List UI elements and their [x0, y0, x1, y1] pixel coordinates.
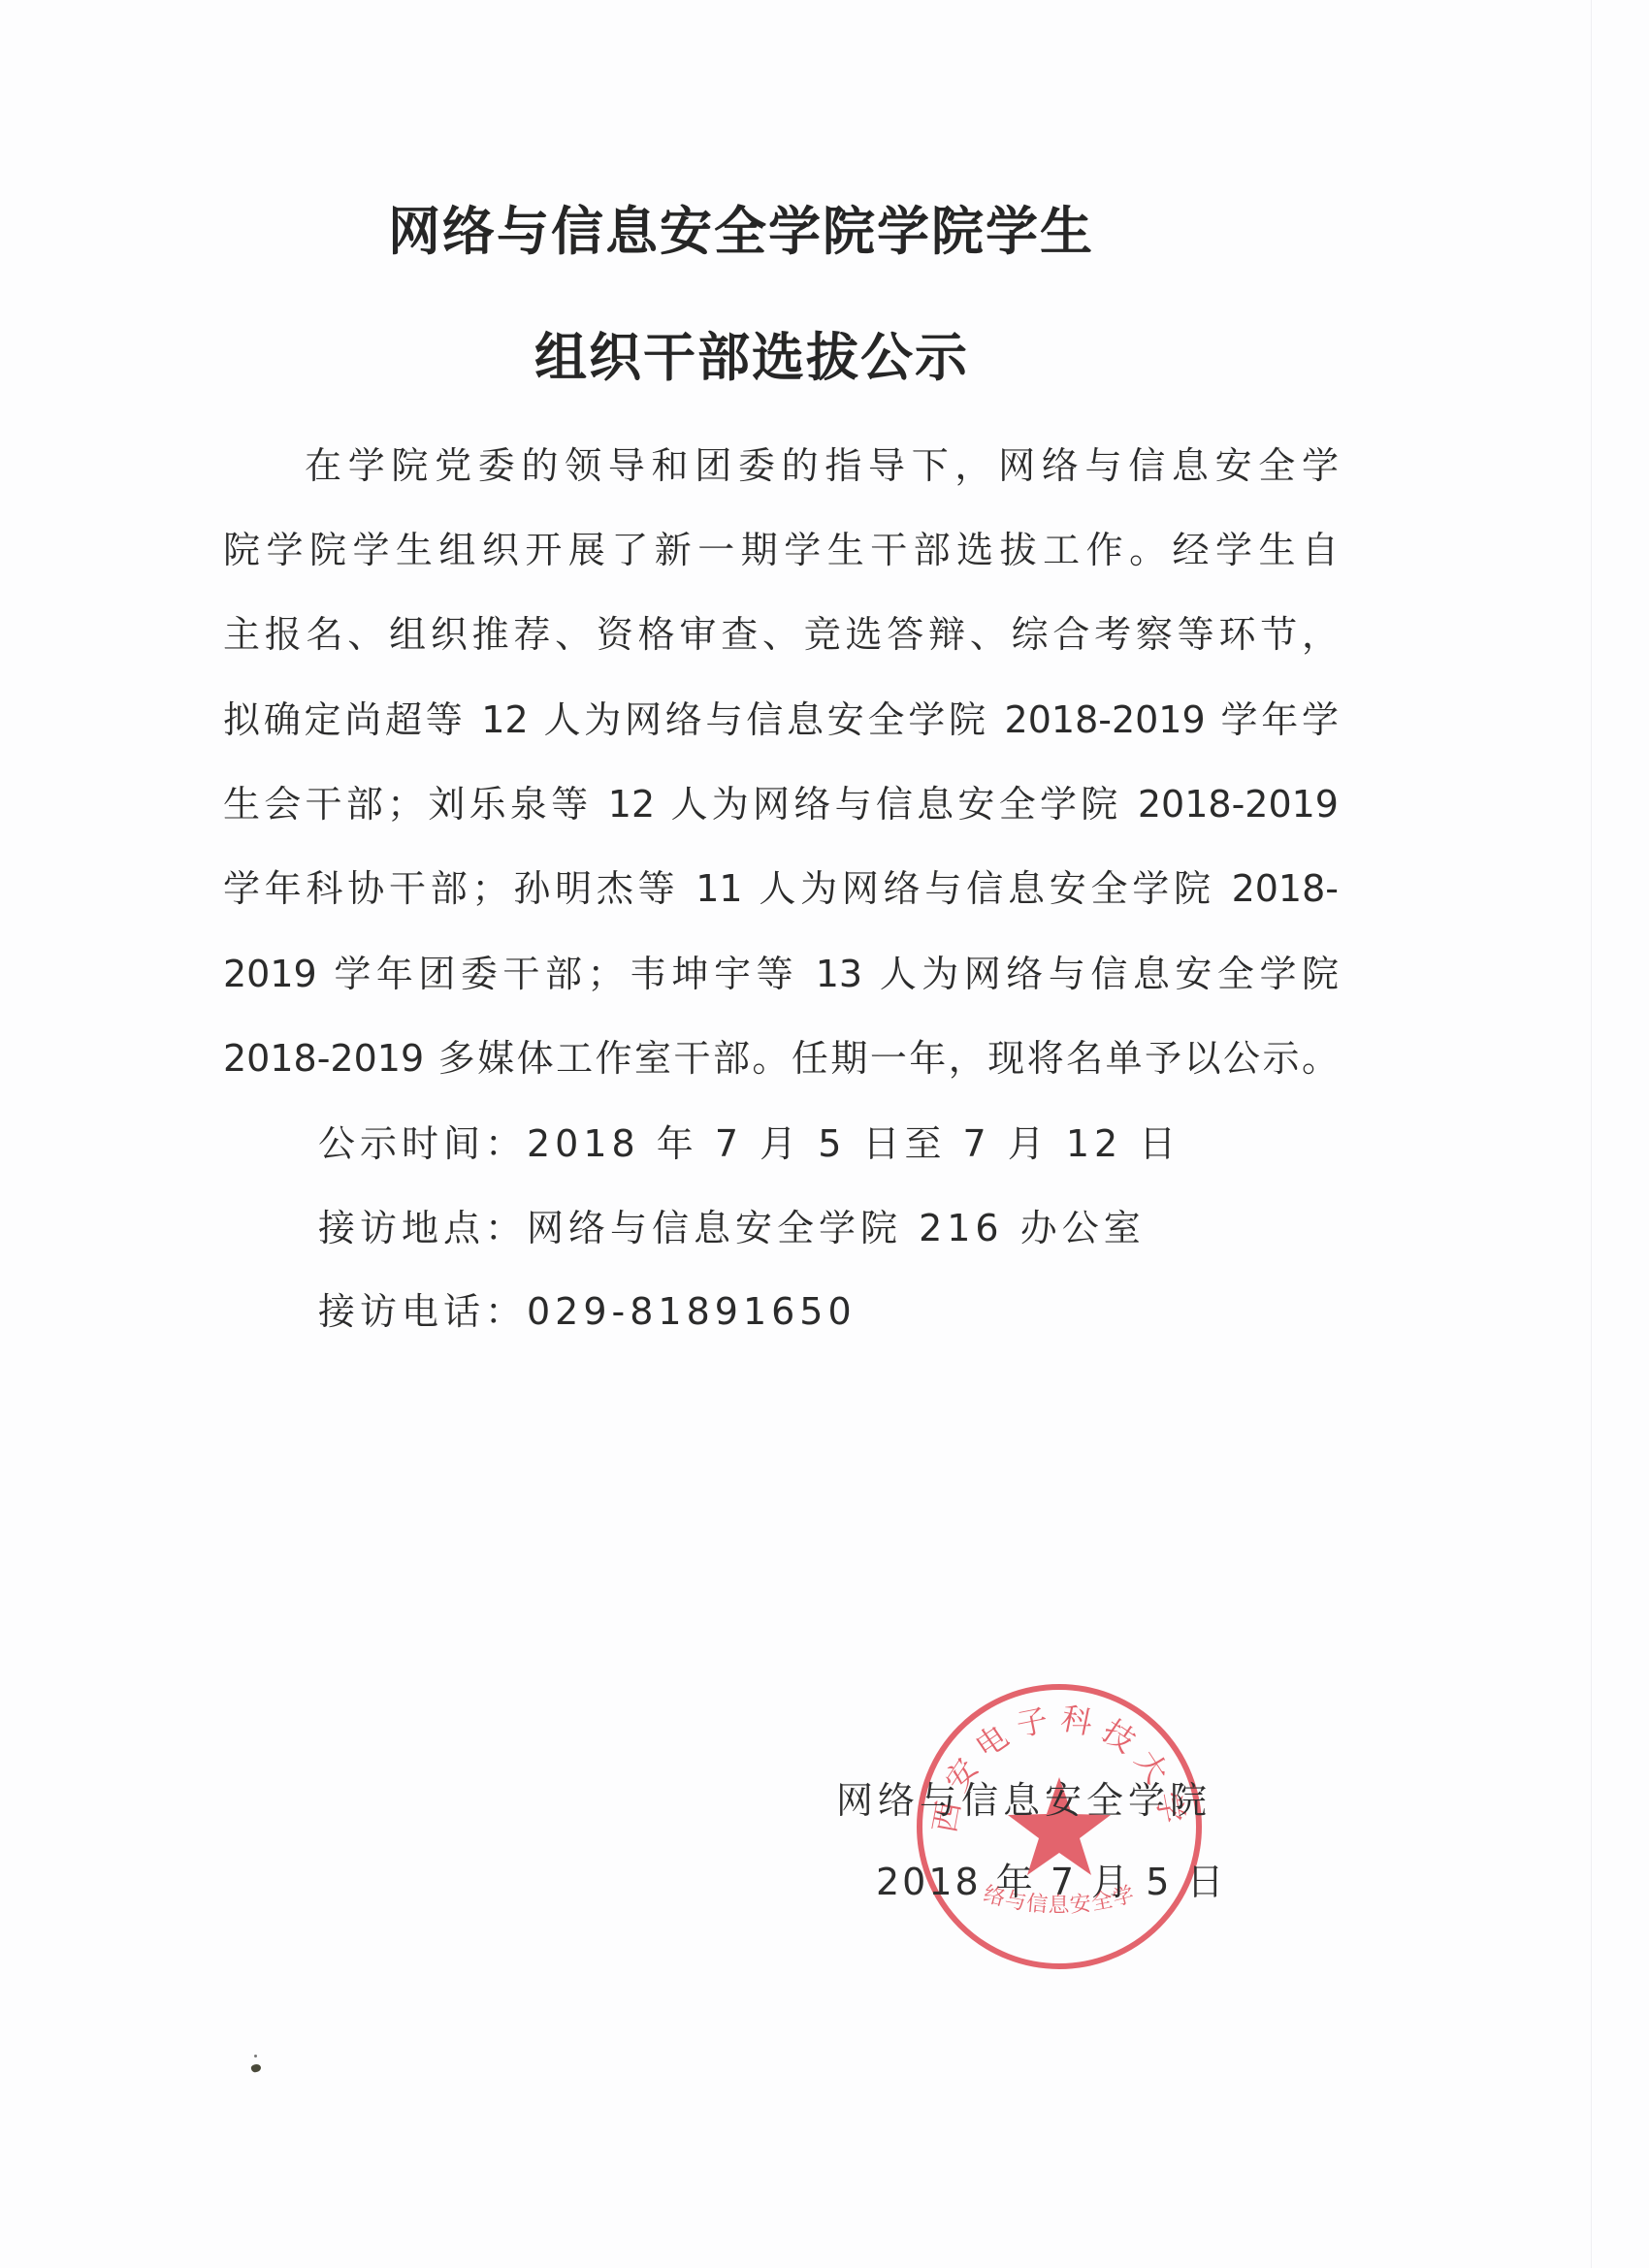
body-paragraph-line: 2018-2019 多媒体工作室干部。任期一年，现将名单予以公示。 — [223, 1035, 1339, 1082]
publicity-period: 公示时间：2018 年 7 月 5 日至 7 月 12 日 — [318, 1120, 1180, 1167]
signature-date: 2018 年 7 月 5 日 — [876, 1859, 1226, 1905]
visit-phone: 接访电话：029-81891650 — [318, 1288, 857, 1335]
scan-speck — [250, 2063, 262, 2074]
visit-location: 接访地点：网络与信息安全学院 216 办公室 — [318, 1205, 1146, 1251]
official-seal: 西安电子科技大学 网络与信息安全学院 — [915, 1682, 1204, 1971]
page-edge — [1591, 0, 1592, 2268]
body-paragraph-line: 拟确定尚超等 12 人为网络与信息安全学院 2018-2019 学年学 — [223, 697, 1339, 743]
body-paragraph-line: 在学院党委的领导和团委的指导下，网络与信息安全学 — [305, 442, 1339, 489]
body-paragraph-line: 生会干部；刘乐泉等 12 人为网络与信息安全学院 2018-2019 — [223, 781, 1339, 827]
document-title-line-1: 网络与信息安全学院学院学生 — [388, 200, 1094, 262]
signature-organization: 网络与信息安全学院 — [836, 1777, 1212, 1824]
document-title-line-2: 组织干部选拔公示 — [534, 326, 969, 388]
body-paragraph-line: 学年科协干部；孙明杰等 11 人为网络与信息安全学院 2018- — [223, 865, 1339, 912]
body-paragraph-line: 院学院学生组织开展了新一期学生干部选拔工作。经学生自 — [223, 527, 1339, 573]
body-paragraph-line: 2019 学年团委干部；韦坤宇等 13 人为网络与信息安全学院 — [223, 951, 1339, 997]
body-paragraph-line: 主报名、组织推荐、资格审查、竞选答辩、综合考察等环节， — [223, 611, 1339, 658]
scan-speck — [254, 2055, 257, 2057]
